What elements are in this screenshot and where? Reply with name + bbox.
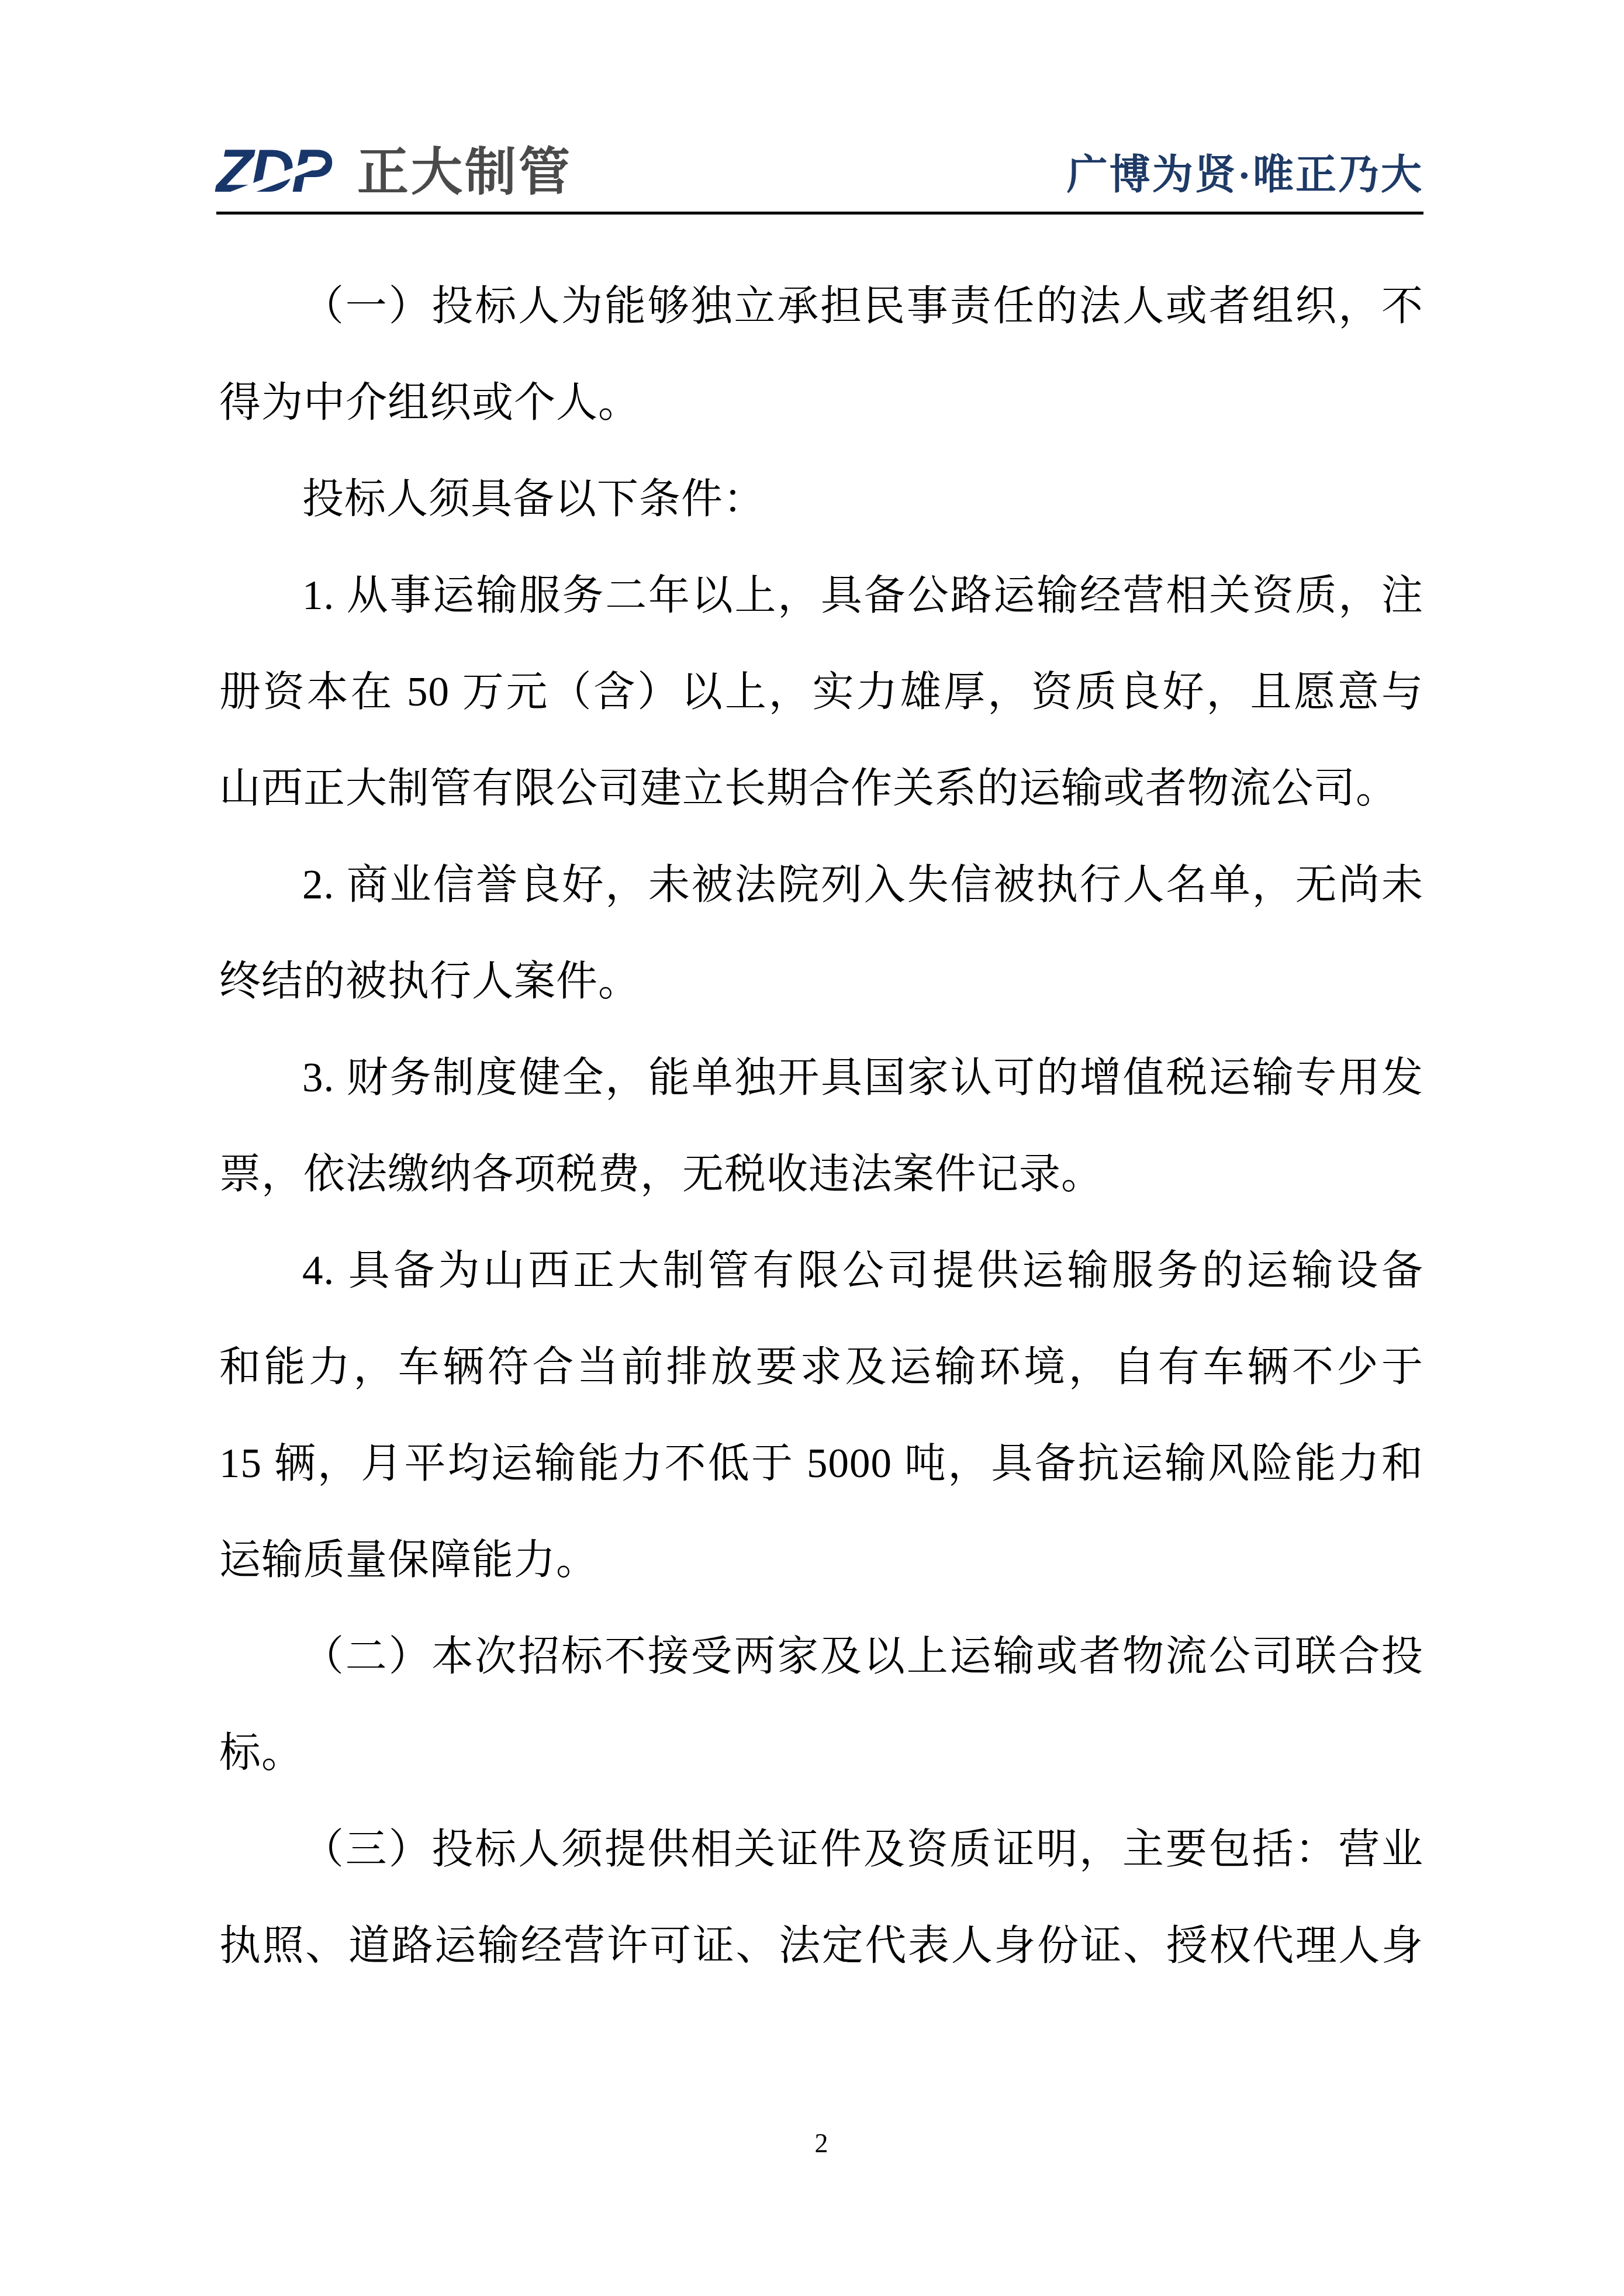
company-logo: ZDP 正大制管 (216, 141, 572, 202)
header-divider (216, 212, 1423, 215)
text-line: 终结的被执行人案件。 (219, 933, 1423, 1030)
zdp-logo-text: ZDP (216, 141, 335, 202)
text-line: 4. 具备为山西正大制管有限公司提供运输服务的运输设备 (219, 1223, 1423, 1319)
document-page: ZDP 正大制管 广博为贤·唯正乃大 （一）投标人为能够独立承担民事责任的法人或… (0, 0, 1624, 2296)
text-line: 标。 (219, 1705, 1423, 1801)
text-line: （三）投标人须提供相关证件及资质证明，主要包括：营业 (219, 1801, 1423, 1898)
text-line: 执照、道路运输经营许可证、法定代表人身份证、授权代理人身 (219, 1898, 1423, 1994)
page-number: 2 (815, 2128, 828, 2158)
text-line: 得为中介组织或个人。 (219, 355, 1423, 451)
document-body: （一）投标人为能够独立承担民事责任的法人或者组织，不 得为中介组织或个人。 投标… (219, 258, 1423, 1994)
company-slogan: 广博为贤·唯正乃大 (1067, 142, 1423, 201)
text-line: 册资本在 50 万元（含）以上，实力雄厚，资质良好，且愿意与 (219, 644, 1423, 741)
text-line: （二）本次招标不接受两家及以上运输或者物流公司联合投 (219, 1609, 1423, 1705)
page-header: ZDP 正大制管 广博为贤·唯正乃大 (216, 133, 1423, 209)
text-line: 2. 商业信誉良好，未被法院列入失信被执行人名单，无尚未 (219, 837, 1423, 933)
text-line: （一）投标人为能够独立承担民事责任的法人或者组织，不 (219, 258, 1423, 355)
page-footer: 2 (219, 2128, 1423, 2159)
text-line: 3. 财务制度健全，能单独开具国家认可的增值税运输专用发 (219, 1030, 1423, 1126)
text-line: 山西正大制管有限公司建立长期合作关系的运输或者物流公司。 (219, 741, 1423, 837)
text-line: 和能力，车辆符合当前排放要求及运输环境，自有车辆不少于 (219, 1319, 1423, 1416)
text-line: 15 辆，月平均运输能力不低于 5000 吨，具备抗运输风险能力和 (219, 1416, 1423, 1512)
text-line: 票，依法缴纳各项税费，无税收违法案件记录。 (219, 1126, 1423, 1223)
company-name: 正大制管 (357, 144, 572, 199)
text-line: 1. 从事运输服务二年以上，具备公路运输经营相关资质，注 (219, 548, 1423, 644)
text-line: 投标人须具备以下条件： (219, 451, 1423, 548)
text-line: 运输质量保障能力。 (219, 1512, 1423, 1609)
